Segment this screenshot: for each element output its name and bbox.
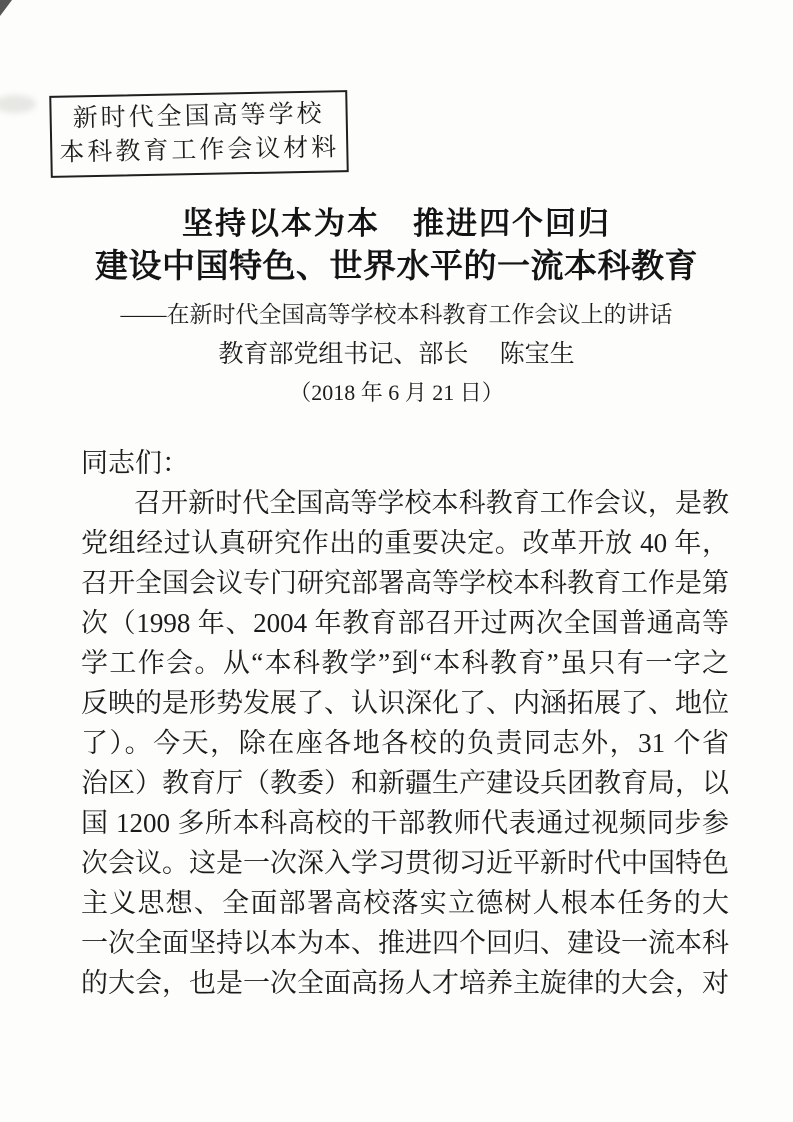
scanned-document-page: 新时代全国高等学校 本科教育工作会议材料 坚持以本为本 推进四个回归 建设中国特… xyxy=(0,0,793,1122)
body-line: 反映的是形势发展了、认识深化了、内涵拓展了、地位更高 xyxy=(81,683,729,723)
salutation-line: 同志们： xyxy=(81,443,729,483)
document-header: 坚持以本为本 推进四个回归 建设中国特色、世界水平的一流本科教育 ——在新时代全… xyxy=(0,203,793,411)
scan-corner-artifact xyxy=(0,0,12,16)
body-line: 一次全面坚持以本为本、推进四个回归、建设一流本科教育 xyxy=(81,923,729,963)
body-line: 召开新时代全国高等学校本科教育工作会议，是教育部 xyxy=(81,483,729,523)
body-line: 次会议。这是一次深入学习贯彻习近平新时代中国特色社会 xyxy=(81,843,729,883)
material-box-line1: 新时代全国高等学校 xyxy=(72,98,325,137)
material-box-line2: 本科教育工作会议材料 xyxy=(59,131,340,170)
body-line: 党组经过认真研究作出的重要决定。改革开放 40 年，教育部 xyxy=(81,523,729,563)
body-line: 了）。今天，除在座各地各校的负责同志外，31 个省（市、自 xyxy=(81,723,729,763)
document-title-line2: 建设中国特色、世界水平的一流本科教育 xyxy=(0,245,793,289)
document-subtitle: ——在新时代全国高等学校本科教育工作会议上的讲话 xyxy=(0,298,793,332)
document-body: 同志们： 召开新时代全国高等学校本科教育工作会议，是教育部 党组经过认真研究作出… xyxy=(81,443,729,1003)
scan-smudge-artifact xyxy=(0,95,36,113)
body-line: 次（1998 年、2004 年教育部召开过两次全国普通高等学校教 xyxy=(81,603,729,643)
document-author: 教育部党组书记、部长 陈宝生 xyxy=(0,336,793,374)
body-line: 的大会，也是一次全面高扬人才培养主旋律的大会，对我国 xyxy=(81,963,729,1003)
body-line: 治区）教育厅（教委）和新疆生产建设兵团教育局，以及全 xyxy=(81,763,729,803)
body-line: 国 1200 多所本科高校的干部教师代表通过视频同步参加这 xyxy=(81,803,729,843)
conference-material-box: 新时代全国高等学校 本科教育工作会议材料 xyxy=(49,90,349,178)
document-date: （2018 年 6 月 21 日） xyxy=(0,375,793,411)
body-line: 学工作会。从“本科教学”到“本科教育”虽只有一字之差， xyxy=(81,643,729,683)
document-title-line1: 坚持以本为本 推进四个回归 xyxy=(0,203,793,245)
body-line: 主义思想、全面部署高校落实立德树人根本任务的大会，是 xyxy=(81,883,729,923)
body-line: 召开全国会议专门研究部署高等学校本科教育工作是第一 xyxy=(81,563,729,603)
